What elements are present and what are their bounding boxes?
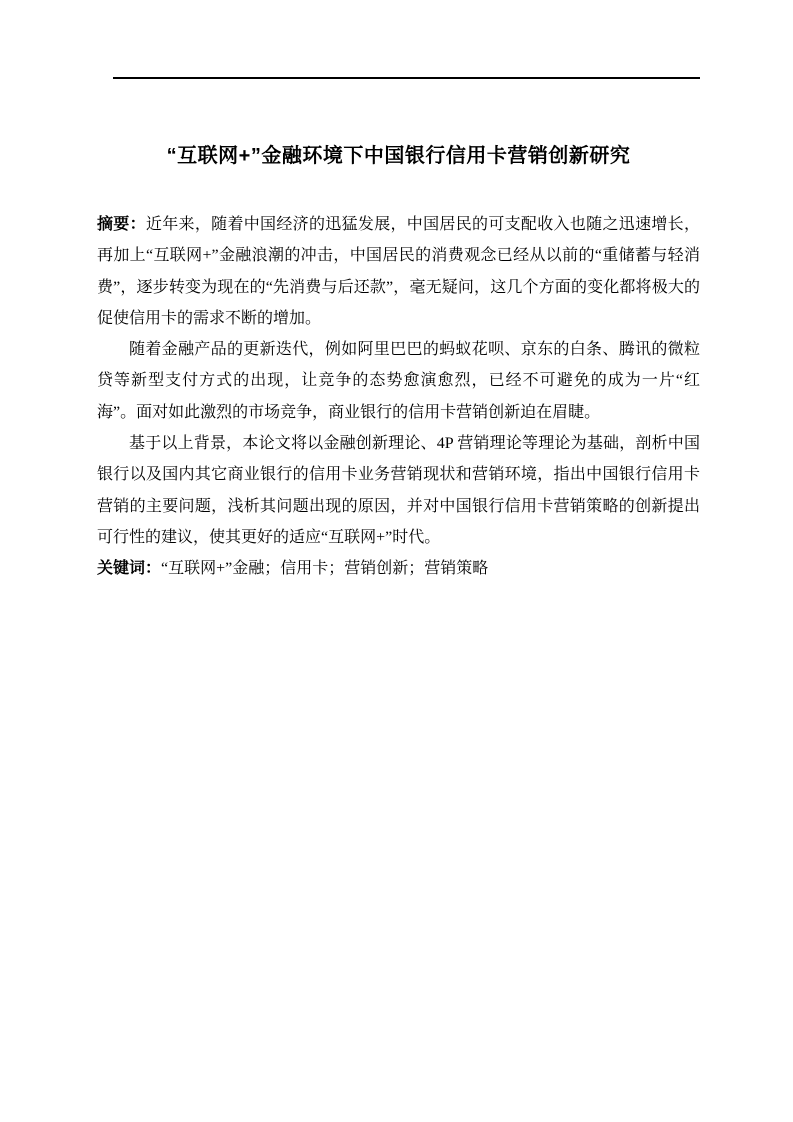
abstract-text: 近年来，随着中国经济的迅猛发展，中国居民的可支配收入也随之迅速增长，再加上“互联… [97, 216, 700, 327]
body-paragraph-2: 基于以上背景，本论文将以金融创新理论、4P 营销理论等理论为基础，剖析中国银行以… [97, 428, 700, 553]
keywords-text: “互联网+”金融；信用卡；营销创新；营销策略 [161, 560, 488, 577]
abstract-label: 摘要： [97, 216, 146, 233]
header-rule [113, 77, 700, 79]
abstract-paragraph: 摘要：近年来，随着中国经济的迅猛发展，中国居民的可支配收入也随之迅速增长，再加上… [97, 209, 700, 334]
document-page: “互联网+”金融环境下中国银行信用卡营销创新研究 摘要：近年来，随着中国经济的迅… [0, 0, 793, 1122]
keywords-label: 关键词： [97, 560, 161, 577]
keywords-paragraph: 关键词：“互联网+”金融；信用卡；营销创新；营销策略 [97, 553, 700, 584]
abstract-section: 摘要：近年来，随着中国经济的迅猛发展，中国居民的可支配收入也随之迅速增长，再加上… [97, 209, 700, 585]
body-paragraph-1: 随着金融产品的更新迭代，例如阿里巴巴的蚂蚁花呗、京东的白条、腾讯的微粒贷等新型支… [97, 334, 700, 428]
paper-title: “互联网+”金融环境下中国银行信用卡营销创新研究 [97, 141, 700, 171]
